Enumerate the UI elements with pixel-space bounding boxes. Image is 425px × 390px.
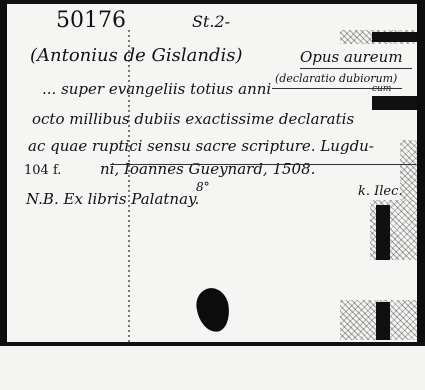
frame-right-edge: [417, 0, 425, 345]
scan-strip-mid: [372, 96, 417, 110]
below-scan-area: [0, 346, 425, 390]
title-line-2: ... super evangeliis totius anni: [42, 80, 271, 98]
scan-strip-bottom: [376, 302, 390, 340]
imprint-pages: 104 f.: [24, 163, 61, 178]
scan-strip-lower: [376, 205, 390, 260]
underline-imprint: [110, 164, 416, 165]
frame-left-edge: [0, 0, 7, 390]
imprint-line: ni, Ioannes Gueynard, 1508.: [100, 160, 315, 178]
scan-noise-right-edge: [400, 140, 417, 200]
author-name: (Antonius de Gislandis): [30, 45, 242, 66]
title-line-1: Opus aureum: [300, 48, 403, 66]
catalog-card: 50176 St.2- (Antonius de Gislandis) Opus…: [0, 0, 425, 390]
frame-top-edge: [0, 0, 425, 4]
underline-insert: [272, 88, 402, 89]
title-line-4: ac quae ruptici sensu sacre scripture. L…: [28, 137, 374, 155]
catalog-number: 50176: [56, 8, 126, 33]
underline-title: [300, 68, 412, 69]
provenance-note: N.B. Ex libris Palatnay.: [26, 190, 199, 208]
title-insert-2: cum: [372, 84, 391, 94]
fold-crease: [128, 30, 130, 342]
shelf-mark: St.2-: [192, 12, 230, 31]
right-note: k. Ilec.: [358, 184, 403, 199]
scan-strip-top: [372, 32, 417, 42]
title-line-3: octo millibus dubiis exactissime declara…: [32, 110, 354, 128]
